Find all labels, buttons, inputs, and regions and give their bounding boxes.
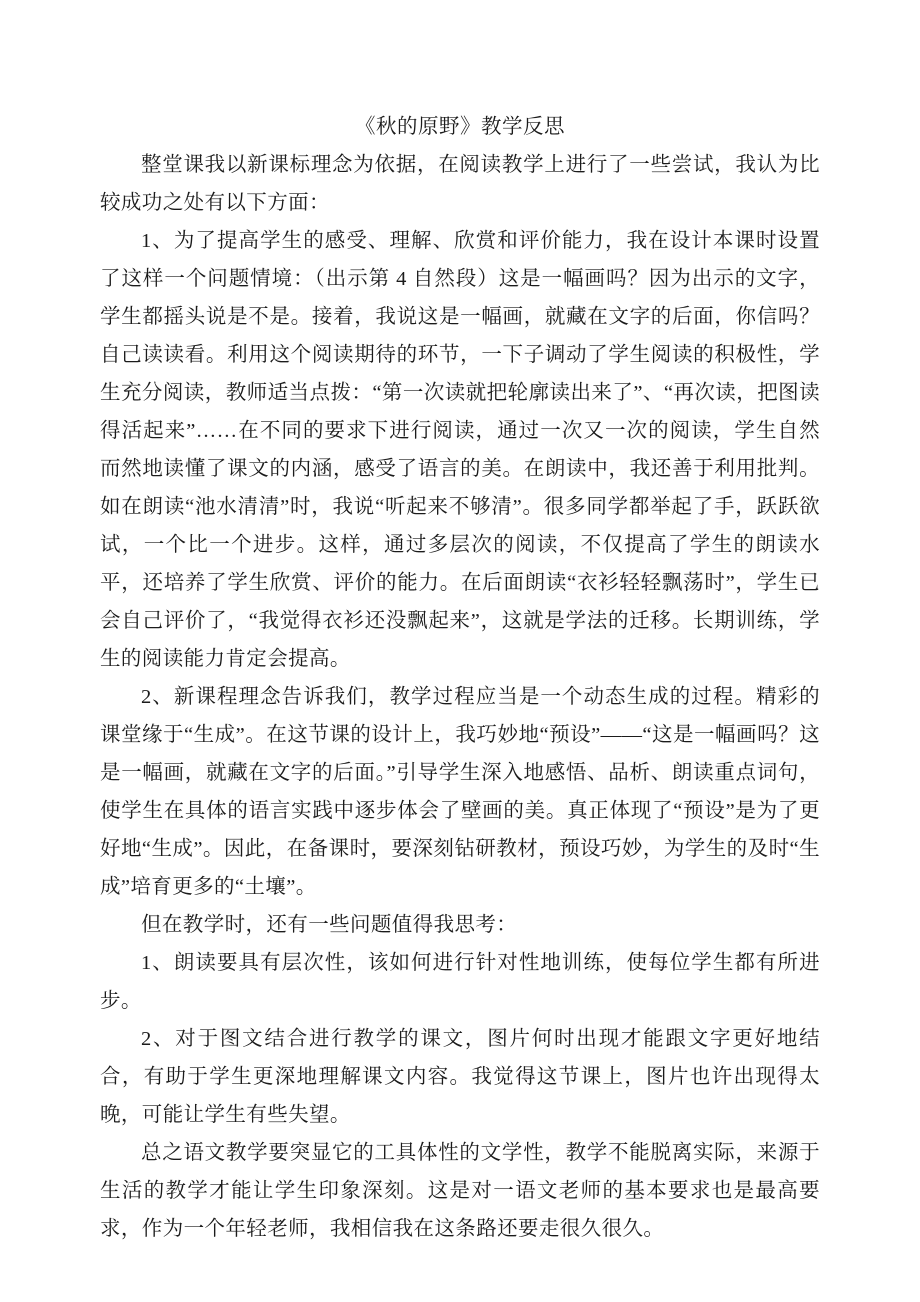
paragraph-question-2: 2、对于图文结合进行教学的课文，图片何时出现才能跟文字更好地结合，有助于学生更深… [100, 1020, 820, 1134]
paragraph-conclusion: 总之语文教学要突显它的工具体性的文学性，教学不能脱离实际，来源于生活的教学才能让… [100, 1134, 820, 1248]
paragraph-point-1: 1、为了提高学生的感受、理解、欣赏和评价能力，我在设计本课时设置了这样一个问题情… [100, 222, 820, 678]
paragraph-point-2: 2、新课程理念告诉我们，教学过程应当是一个动态生成的过程。精彩的课堂缘于“生成”… [100, 678, 820, 906]
document-title: 《秋的原野》教学反思 [100, 108, 820, 146]
document-page: 《秋的原野》教学反思 整堂课我以新课标理念为依据，在阅读教学上进行了一些尝试，我… [0, 0, 920, 1302]
paragraph-intro: 整堂课我以新课标理念为依据，在阅读教学上进行了一些尝试，我认为比较成功之处有以下… [100, 146, 820, 222]
paragraph-reflection-intro: 但在教学时，还有一些问题值得我思考： [100, 906, 820, 944]
paragraph-question-1: 1、朗读要具有层次性，该如何进行针对性地训练，使每位学生都有所进步。 [100, 944, 820, 1020]
